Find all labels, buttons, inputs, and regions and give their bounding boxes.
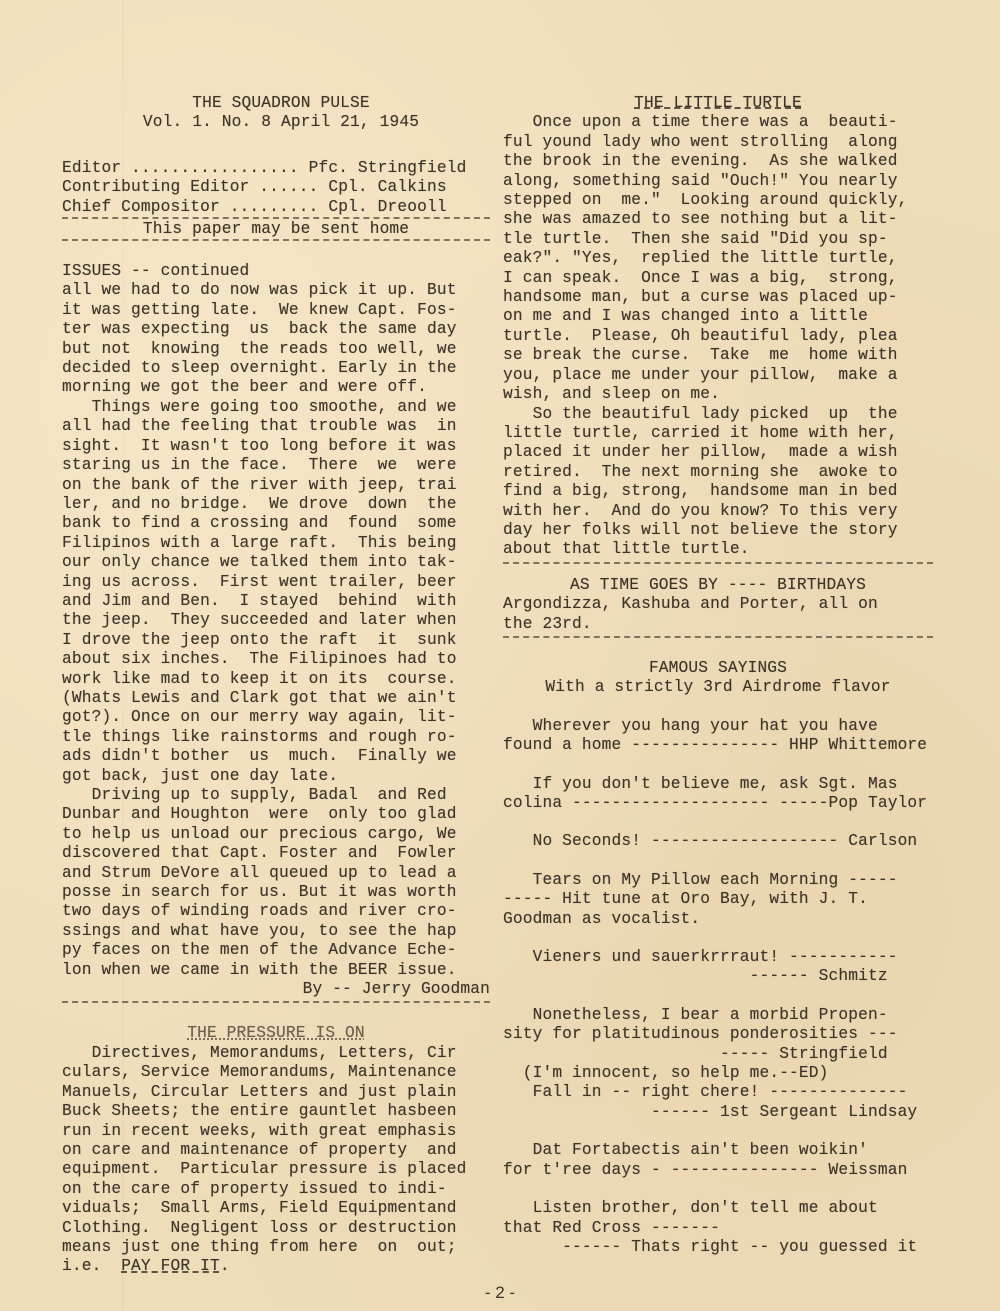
saying-line: sity for platitudinous ponderosities --- — [503, 1025, 933, 1044]
text-line: on the bank of the river with jeep, trai — [62, 476, 490, 495]
text-line: and Strum DeVore all queued up to lead a — [62, 864, 490, 883]
saying-line: ------ Thats right -- you guessed it — [503, 1238, 933, 1257]
story-heading: THE LITTLE TURTLE — [503, 94, 933, 113]
text-line: and Jim and Ben. I stayed behind with — [62, 592, 490, 611]
text-line: Dunbar and Houghton were only too glad — [62, 805, 490, 824]
text-line: viduals; Small Arms, Field Equipmentand — [62, 1199, 490, 1218]
text-line: ssings and what have you, to see the hap — [62, 922, 490, 941]
saying-line: Fall in -- right chere! -------------- — [503, 1083, 933, 1102]
famous-sayings-section: FAMOUS SAYINGS With a strictly 3rd Airdr… — [503, 659, 933, 1257]
text-line: ful yound lady who went strolling along — [503, 133, 933, 152]
text-line: I drove the jeep onto the raft it sunk — [62, 631, 490, 650]
text-line: day her folks will not believe the story — [503, 521, 933, 540]
saying-line: ----- Hit tune at Oro Bay, with J. T. — [503, 890, 933, 909]
text-line: turtle. Please, Oh beautiful lady, plea — [503, 327, 933, 346]
text-line: eak?". "Yes, replied the little turtle, — [503, 249, 933, 268]
page-number: - 2 - — [0, 1283, 1000, 1303]
text-line: se break the curse. Take me home with — [503, 346, 933, 365]
text-line: to help us unload our precious cargo, We — [62, 825, 490, 844]
text-line: culars, Service Memorandums, Maintenance — [62, 1063, 490, 1082]
text-line: got?). Once on our merry way again, lit- — [62, 708, 490, 727]
text-line: staring us in the face. There we were — [62, 456, 490, 475]
text-line: all had the feeling that trouble was in — [62, 417, 490, 436]
pressure-article: THE PRESSURE IS ON Directives, Memorandu… — [62, 1024, 490, 1276]
text-line: Clothing. Negligent loss or destruction — [62, 1219, 490, 1238]
text-line: our only chance we talked them into tak- — [62, 553, 490, 572]
divider — [62, 1001, 490, 1003]
birthdays-heading: AS TIME GOES BY ---- BIRTHDAYS — [503, 576, 933, 595]
text-line: on care and maintenance of property and — [62, 1141, 490, 1160]
sayings-list: Wherever you hang your hat you havefound… — [503, 698, 933, 1258]
saying-item: Listen brother, don't tell me aboutthat … — [503, 1199, 933, 1257]
story-body: Once upon a time there was a beauti-ful … — [503, 113, 933, 559]
text-line: on the care of property issued to indi- — [62, 1180, 490, 1199]
saying-line: found a home --------------- HHP Whittem… — [503, 736, 933, 755]
text-line: handsome man, but a curse was placed up- — [503, 288, 933, 307]
text-line: with her. And do you know? To this very — [503, 502, 933, 521]
text-line: decided to sleep overnight. Early in the — [62, 359, 490, 378]
text-line: (Whats Lewis and Clark got that we ain't — [62, 689, 490, 708]
article-body: all we had to do now was pick it up. But… — [62, 281, 490, 980]
issues-article: ISSUES -- continued all we had to do now… — [62, 262, 490, 1003]
saying-item: Wherever you hang your hat you havefound… — [503, 717, 933, 756]
sayings-subheading: With a strictly 3rd Airdrome flavor — [503, 678, 933, 697]
text-line: the brook in the evening. As she walked — [503, 152, 933, 171]
masthead-issue: Vol. 1. No. 8 April 21, 1945 — [62, 113, 490, 132]
text-line: but not knowing the reads too well, we — [62, 340, 490, 359]
saying-line: that Red Cross ------- — [503, 1219, 933, 1238]
divider — [503, 562, 933, 564]
text-line: ing us across. First went trailer, beer — [62, 573, 490, 592]
text-line: got back, just one day late. — [62, 767, 490, 786]
saying-line: (I'm innocent, so help me.--ED) — [503, 1064, 933, 1083]
saying-line: ------ Schmitz — [503, 967, 933, 986]
text-line: about that little turtle. — [503, 540, 933, 559]
text-line: Filipinos with a large raft. This being — [62, 534, 490, 553]
saying-line: Vieners und sauerkrrraut! ----------- — [503, 948, 933, 967]
text-line: equipment. Particular pressure is placed — [62, 1160, 490, 1179]
right-column: THE LITTLE TURTLE Once upon a time there… — [503, 94, 933, 1257]
article-heading: ISSUES -- continued — [62, 262, 490, 281]
birthdays-body: Argondizza, Kashuba and Porter, all onth… — [503, 595, 933, 634]
masthead-title: THE SQUADRON PULSE — [62, 94, 490, 113]
text-line: you, place me under your pillow, make a — [503, 366, 933, 385]
staff-chief-compositor: Chief Compositor ......... Cpl. Dreooll — [62, 198, 490, 217]
text-line: wish, and sleep on me. — [503, 385, 933, 404]
saying-item: If you don't believe me, ask Sgt. Mascol… — [503, 775, 933, 814]
text-line: find a big, strong, handsome man in bed — [503, 482, 933, 501]
saying-line: ----- Stringfield — [503, 1045, 933, 1064]
article-closing-line: i.e. PAY FOR IT. — [62, 1257, 490, 1276]
article-byline: By -- Jerry Goodman — [62, 980, 490, 999]
saying-line: Tears on My Pillow each Morning ----- — [503, 871, 933, 890]
text-line: lon when we came in with the BEER issue. — [62, 961, 490, 980]
staff-contributing-editor: Contributing Editor ...... Cpl. Calkins — [62, 178, 490, 197]
newspaper-page: THE SQUADRON PULSE Vol. 1. No. 8 April 2… — [0, 0, 1000, 1311]
text-line: Things were going too smoothe, and we — [62, 398, 490, 417]
divider — [503, 636, 933, 638]
text-line: along, something said "Ouch!" You nearly — [503, 172, 933, 191]
staff-editor: Editor ................. Pfc. Stringfiel… — [62, 159, 490, 178]
sayings-heading: FAMOUS SAYINGS — [503, 659, 933, 678]
saying-line: Wherever you hang your hat you have — [503, 717, 933, 736]
left-column: THE SQUADRON PULSE Vol. 1. No. 8 April 2… — [62, 94, 490, 1277]
saying-item: No Seconds! ------------------- Carlson — [503, 832, 933, 851]
text-line: Once upon a time there was a beauti- — [503, 113, 933, 132]
saying-item: Nonetheless, I bear a morbid Propen-sity… — [503, 1006, 933, 1122]
text-line: bank to find a crossing and found some — [62, 514, 490, 533]
text-line: Buck Sheets; the entire gauntlet hasbeen — [62, 1102, 490, 1121]
text-line: So the beautiful lady picked up the — [503, 405, 933, 424]
saying-line: Listen brother, don't tell me about — [503, 1199, 933, 1218]
text-line: py faces on the men of the Advance Eche- — [62, 941, 490, 960]
turtle-story: THE LITTLE TURTLE Once upon a time there… — [503, 94, 933, 564]
text-line: two days of winding roads and river cro- — [62, 902, 490, 921]
text-line: Manuels, Circular Letters and just plain — [62, 1083, 490, 1102]
text-line: tle things like rainstorms and rough ro- — [62, 728, 490, 747]
text-line: ter was expecting us back the same day — [62, 320, 490, 339]
text-line: I can speak. Once I was a big, strong, — [503, 269, 933, 288]
text-line: retired. The next morning she awoke to — [503, 463, 933, 482]
saying-item: Dat Fortabectis ain't been woikin'for t'… — [503, 1141, 933, 1180]
text-line: sight. It wasn't too long before it was — [62, 437, 490, 456]
text-line: ads didn't bother us much. Finally we — [62, 747, 490, 766]
text-line: about six inches. The Filipinoes had to — [62, 650, 490, 669]
saying-line: Nonetheless, I bear a morbid Propen- — [503, 1006, 933, 1025]
text-line: tle turtle. Then she said "Did you sp- — [503, 230, 933, 249]
text-line: ler, and no bridge. We drove down the — [62, 495, 490, 514]
article-body: Directives, Memorandums, Letters, Circul… — [62, 1044, 490, 1257]
text-line: discovered that Capt. Foster and Fowler — [62, 844, 490, 863]
text-line: means just one thing from here on out; — [62, 1238, 490, 1257]
text-line: morning we got the beer and were off. — [62, 378, 490, 397]
text-line: Argondizza, Kashuba and Porter, all on — [503, 595, 933, 614]
text-line: Driving up to supply, Badal and Red — [62, 786, 490, 805]
text-line: on me and I was changed into a little — [503, 307, 933, 326]
saying-line: for t'ree days - --------------- Weissma… — [503, 1161, 933, 1180]
saying-line: colina -------------------- -----Pop Tay… — [503, 794, 933, 813]
closing-suffix: . — [220, 1257, 230, 1275]
saying-line: ------ 1st Sergeant Lindsay — [503, 1103, 933, 1122]
divider — [62, 217, 490, 219]
saying-item: Vieners und sauerkrrraut! ----------- --… — [503, 948, 933, 987]
text-line: posse in search for us. But it was worth — [62, 883, 490, 902]
saying-line: No Seconds! ------------------- Carlson — [503, 832, 933, 851]
text-line: run in recent weeks, with great emphasis — [62, 1122, 490, 1141]
text-line: work like mad to keep it on its course. — [62, 670, 490, 689]
closing-prefix: i.e. — [62, 1257, 121, 1275]
text-line: all we had to do now was pick it up. But — [62, 281, 490, 300]
masthead-notice: This paper may be sent home — [62, 221, 490, 237]
text-line: little turtle, carried it home with her, — [503, 424, 933, 443]
saying-line: Goodman as vocalist. — [503, 910, 933, 929]
text-line: Directives, Memorandums, Letters, Cir — [62, 1044, 490, 1063]
text-line: it was getting late. We knew Capt. Fos- — [62, 301, 490, 320]
text-line: placed it under her pillow, made a wish — [503, 443, 933, 462]
divider — [62, 239, 490, 241]
birthdays-section: AS TIME GOES BY ---- BIRTHDAYS Argondizz… — [503, 576, 933, 638]
article-heading: THE PRESSURE IS ON — [62, 1024, 490, 1043]
text-line: she was amazed to see nothing but a lit- — [503, 210, 933, 229]
saying-line: If you don't believe me, ask Sgt. Mas — [503, 775, 933, 794]
text-line: the 23rd. — [503, 615, 933, 634]
emphasis-text: PAY FOR IT — [121, 1257, 220, 1275]
text-line: stepped on me." Looking around quickly, — [503, 191, 933, 210]
text-line: the jeep. They succeeded and later when — [62, 611, 490, 630]
saying-line: Dat Fortabectis ain't been woikin' — [503, 1141, 933, 1160]
saying-item: Tears on My Pillow each Morning --------… — [503, 871, 933, 929]
